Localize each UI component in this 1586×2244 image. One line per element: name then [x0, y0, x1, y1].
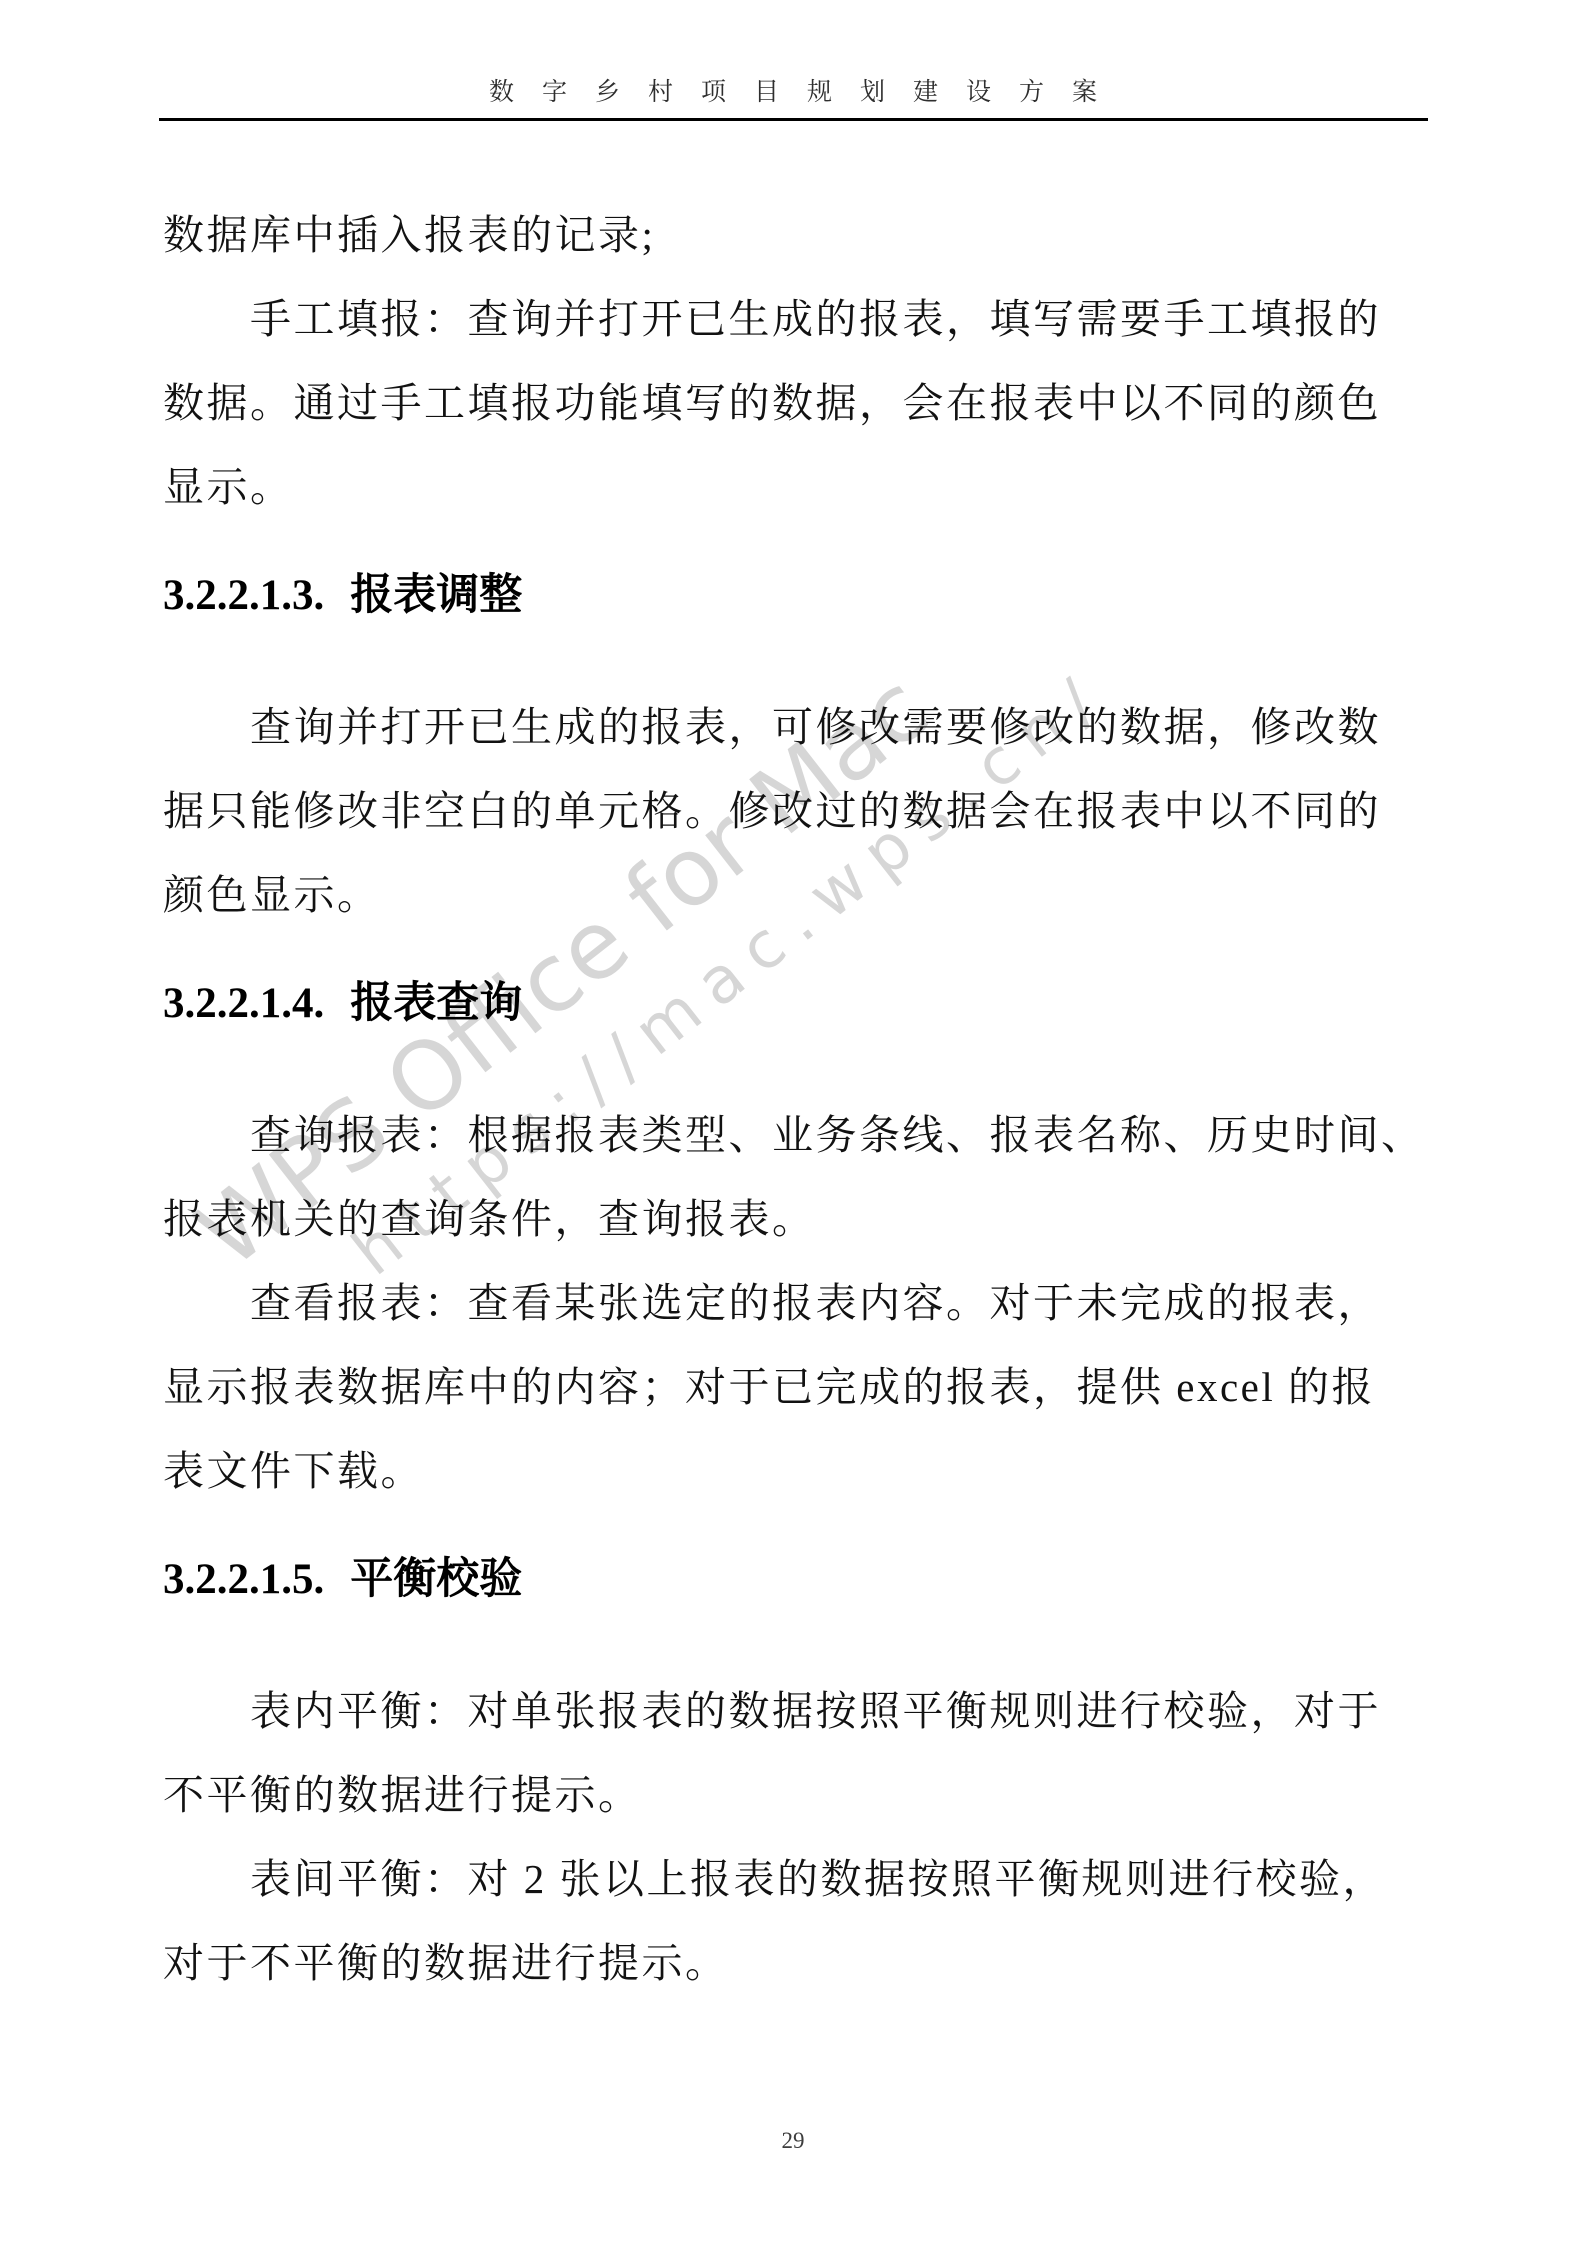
section-number: 3.2.2.1.5. — [163, 1556, 324, 1603]
page-number: 29 — [0, 2128, 1586, 2154]
paragraph-report-adjust: 查询并打开已生成的报表，可修改需要修改的数据，修改数 据只能修改非空白的单元格。… — [163, 685, 1428, 937]
paragraph-intra-balance: 表内平衡：对单张报表的数据按照平衡规则进行校验，对于 不平衡的数据进行提示。 — [163, 1669, 1428, 1837]
section-heading-report-query: 3.2.2.1.4.报表查询 — [163, 972, 1428, 1036]
section-heading-report-adjust: 3.2.2.1.3.报表调整 — [163, 564, 1428, 628]
page-header-title: 数字乡村项目规划建设方案 — [0, 72, 1586, 108]
section-title: 报表查询 — [350, 980, 522, 1027]
section-number: 3.2.2.1.3. — [163, 572, 324, 619]
header-divider — [159, 118, 1428, 121]
section-title: 平衡校验 — [350, 1556, 522, 1603]
document-body: 数据库中插入报表的记录; 手工填报：查询并打开已生成的报表，填写需要手工填报的 … — [163, 193, 1428, 2005]
paragraph-inter-balance: 表间平衡：对 2 张以上报表的数据按照平衡规则进行校验， 对于不平衡的数据进行提… — [163, 1837, 1428, 2005]
section-title: 报表调整 — [350, 572, 522, 619]
document-page: 数字乡村项目规划建设方案 WPS Office for Mac https://… — [0, 0, 1586, 2244]
paragraph-query-report: 查询报表：根据报表类型、业务条线、报表名称、历史时间、 报表机关的查询条件，查询… — [163, 1093, 1428, 1261]
paragraph-manual-fill: 手工填报：查询并打开已生成的报表，填写需要手工填报的 数据。通过手工填报功能填写… — [163, 277, 1428, 529]
paragraph-intro-continuation: 数据库中插入报表的记录; — [163, 193, 1428, 277]
section-number: 3.2.2.1.4. — [163, 980, 324, 1027]
paragraph-view-report: 查看报表：查看某张选定的报表内容。对于未完成的报表， 显示报表数据库中的内容；对… — [163, 1261, 1428, 1513]
section-heading-balance-check: 3.2.2.1.5.平衡校验 — [163, 1548, 1428, 1612]
